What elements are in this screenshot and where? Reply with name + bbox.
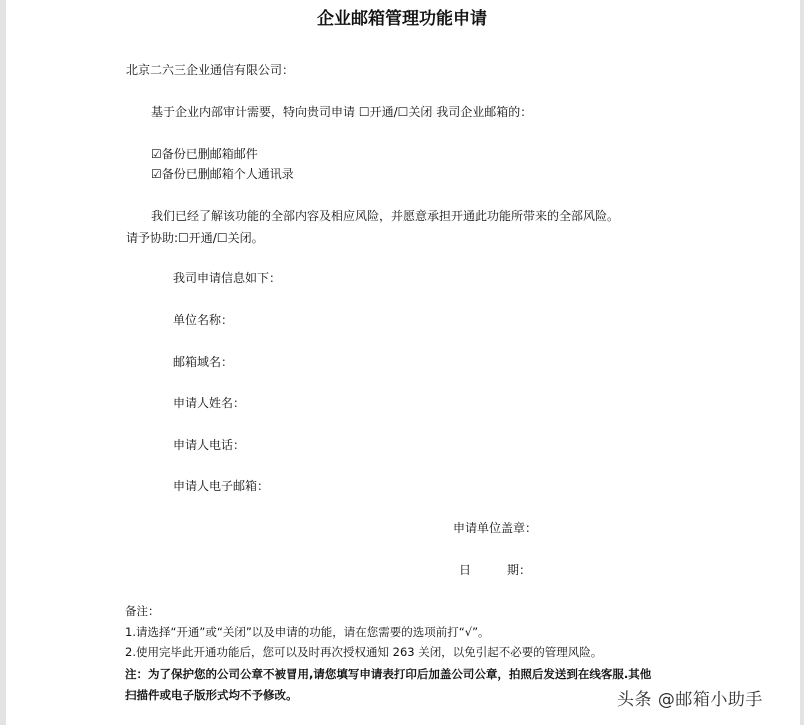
acknowledgement-line2: 请予协助:☐开通/☐关闭。	[126, 231, 264, 245]
notes-heading: 备注：	[125, 604, 160, 618]
stamp-label: 申请单位盖章：	[453, 521, 537, 535]
note-item-1: 1.请选择“开通”或“关闭”以及申请的功能，请在您需要的选项前打“√”。	[125, 625, 490, 639]
acknowledgement-line1: 我们已经了解该功能的全部内容及相应风险，并愿意承担开通此功能所带来的全部风险。	[151, 209, 619, 223]
document-title: 企业邮箱管理功能申请	[0, 8, 804, 30]
info-heading: 我司申请信息如下：	[173, 271, 281, 285]
date-label: 日 期：	[459, 563, 531, 577]
option-backup-deleted-mail[interactable]: ☑备份已删邮箱邮件	[151, 147, 258, 161]
field-company-name: 单位名称：	[173, 313, 233, 327]
warning-line1: 注：为了保护您的公司公章不被冒用,请您填写申请表打印后加盖公司公章，拍照后发送到…	[125, 667, 651, 681]
watermark: 头条 @邮箱小助手	[617, 685, 763, 710]
warning-line2: 扫描件或电子版形式均不予修改。	[125, 688, 298, 702]
field-mail-domain: 邮箱域名：	[173, 355, 233, 369]
field-applicant-email: 申请人电子邮箱：	[173, 479, 269, 493]
field-applicant-name: 申请人姓名：	[173, 396, 245, 410]
field-applicant-phone: 申请人电话：	[173, 438, 245, 452]
option-backup-deleted-contacts[interactable]: ☑备份已删邮箱个人通讯录	[151, 167, 294, 181]
note-item-2: 2.使用完毕此开通功能后，您可以及时再次授权通知 263 关闭，以免引起不必要的…	[125, 645, 602, 659]
addressee: 北京二六三企业通信有限公司：	[126, 63, 294, 77]
intro-paragraph: 基于企业内部审计需要，特向贵司申请 ☐开通/☐关闭 我司企业邮箱的：	[151, 105, 532, 119]
